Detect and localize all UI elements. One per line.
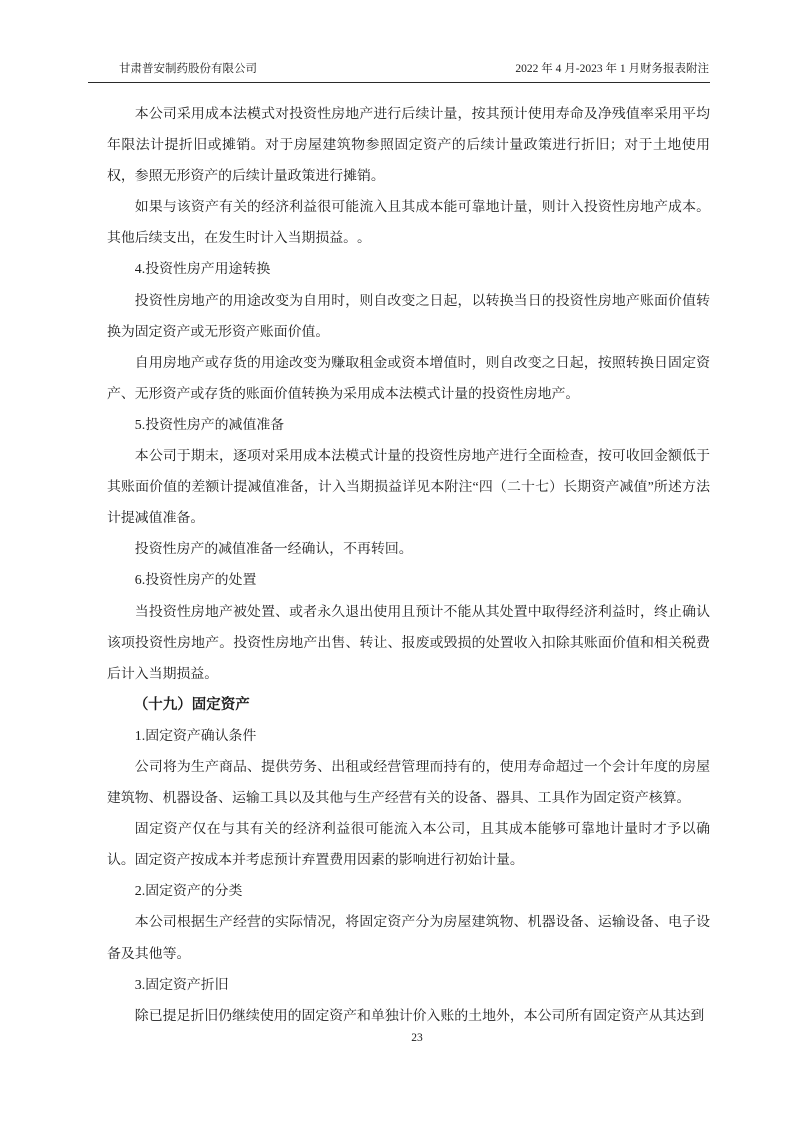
paragraph: 投资性房地产的用途改变为自用时，则自改变之日起，以转换当日的投资性房地产账面价值… <box>107 286 710 348</box>
subheading: 2.固定资产的分类 <box>107 876 710 907</box>
subheading: 6.投资性房产的处置 <box>107 565 710 596</box>
paragraph: 当投资性房地产被处置、或者永久退出使用且预计不能从其处置中取得经济利益时，终止确… <box>107 597 710 690</box>
paragraph: 本公司根据生产经营的实际情况，将固定资产分为房屋建筑物、机器设备、运输设备、电子… <box>107 907 710 969</box>
subheading: 4.投资性房产用途转换 <box>107 254 710 285</box>
paragraph: 本公司于期末，逐项对采用成本法模式计量的投资性房地产进行全面检查，按可收回金额低… <box>107 441 710 534</box>
header-report-title: 2022 年 4 月-2023 年 1 月财务报表附注 <box>515 62 710 77</box>
paragraph: 除已提足折旧仍继续使用的固定资产和单独计价入账的土地外，本公司所有固定资产从其达… <box>107 1001 710 1032</box>
subheading: 5.投资性房产的减值准备 <box>107 410 710 441</box>
section-heading: （十九）固定资产 <box>107 690 710 721</box>
paragraph: 公司将为生产商品、提供劳务、出租或经营管理而持有的，使用寿命超过一个会计年度的房… <box>107 752 710 814</box>
paragraph: 如果与该资产有关的经济利益很可能流入且其成本能可靠地计量，则计入投资性房地产成本… <box>107 192 710 254</box>
paragraph: 固定资产仅在与其有关的经济利益很可能流入本公司，且其成本能够可靠地计量时才予以确… <box>107 814 710 876</box>
paragraph: 本公司采用成本法模式对投资性房地产进行后续计量，按其预计使用寿命及净残值率采用平… <box>107 99 710 192</box>
subheading: 1.固定资产确认条件 <box>107 721 710 752</box>
document-body: 本公司采用成本法模式对投资性房地产进行后续计量，按其预计使用寿命及净残值率采用平… <box>107 99 710 1032</box>
document-page: 甘肃普安制药股份有限公司 2022 年 4 月-2023 年 1 月财务报表附注… <box>0 0 793 1122</box>
paragraph: 投资性房产的减值准备一经确认，不再转回。 <box>107 534 710 565</box>
page-footer: 23 <box>107 1031 727 1045</box>
page-number: 23 <box>411 1032 423 1044</box>
running-header: 甘肃普安制药股份有限公司 2022 年 4 月-2023 年 1 月财务报表附注 <box>88 62 710 83</box>
subheading: 3.固定资产折旧 <box>107 970 710 1001</box>
header-company-name: 甘肃普安制药股份有限公司 <box>88 62 257 77</box>
paragraph: 自用房地产或存货的用途改变为赚取租金或资本增值时，则自改变之日起，按照转换日固定… <box>107 348 710 410</box>
